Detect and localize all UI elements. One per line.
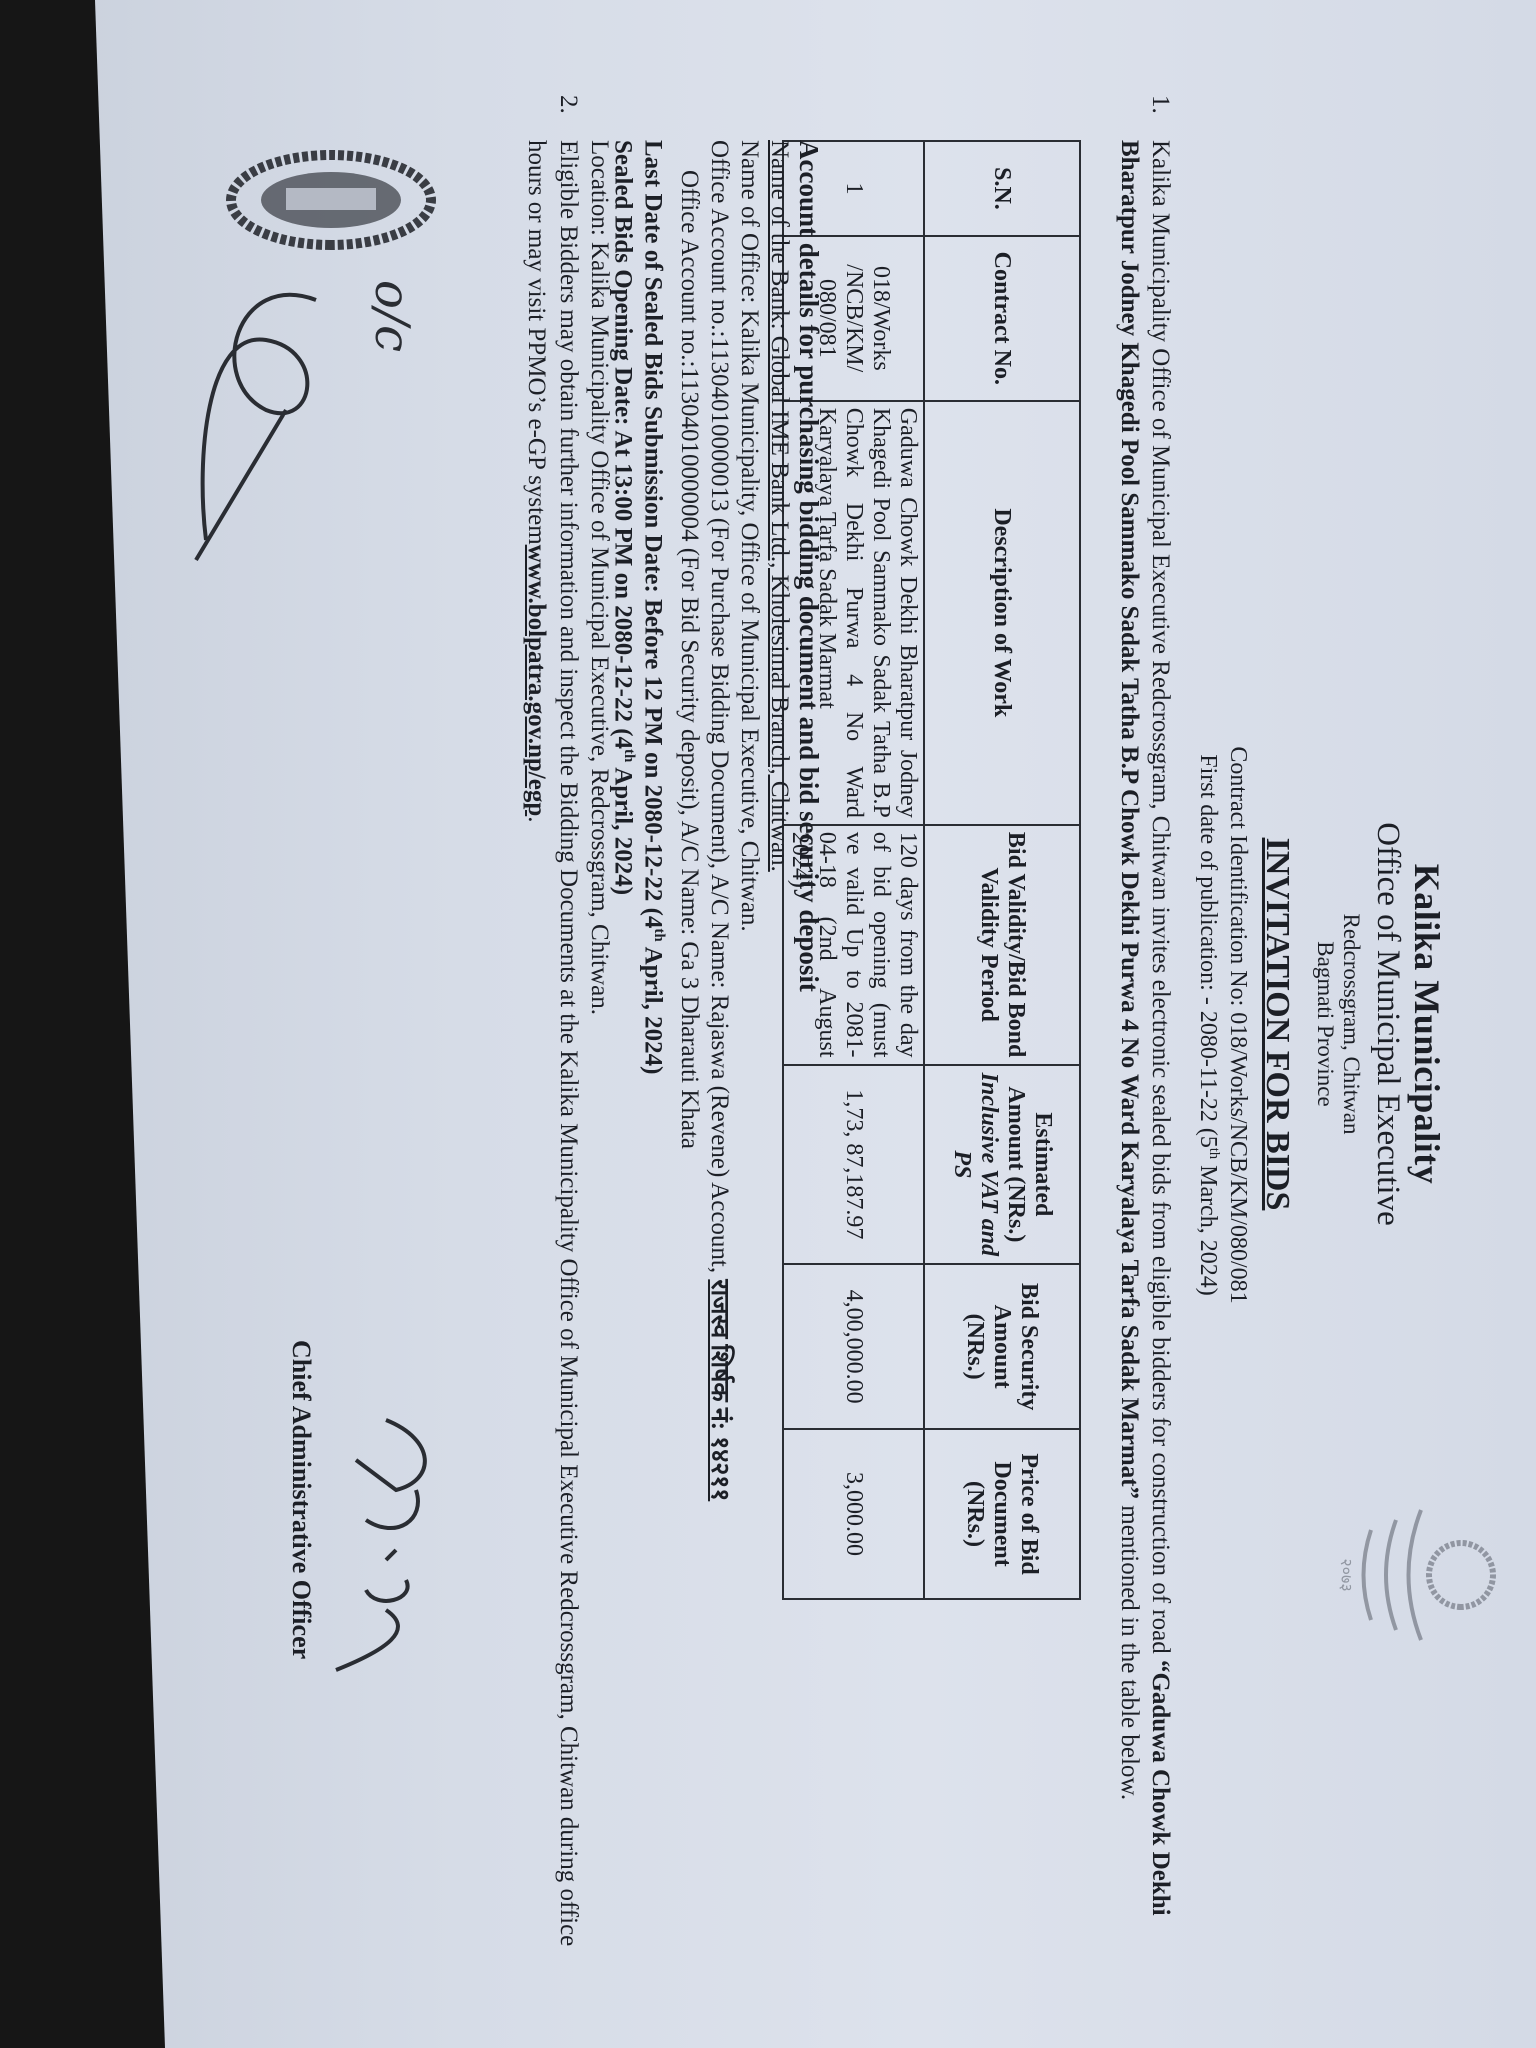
nepal-emblem-icon — [216, 150, 446, 250]
contract-identification: Contract Identification No: 018/Works/NC… — [1224, 140, 1251, 1910]
col-estimated-amount: Estimated Amount (NRs.)Inclusive VAT and… — [924, 1065, 1080, 1265]
col-description: Description of Work — [924, 401, 1080, 825]
account-details-title: Account details for purchasing bidding d… — [794, 140, 824, 1940]
paragraph-2: 2. Eligible Bidders may obtain further i… — [520, 140, 584, 2000]
document-title: INVITATION FOR BIDS — [1258, 0, 1296, 2048]
signatory-title: Chief Administrative Officer — [286, 1340, 316, 1659]
bid-table: S.N. Contract No. Description of Work Bi… — [782, 140, 1081, 1600]
table-header-row: S.N. Contract No. Description of Work Bi… — [924, 141, 1080, 1599]
office-name-line: Name of Office: Kalika Municipality, Off… — [734, 140, 764, 1940]
address-line-2: Bagmati Province — [1312, 0, 1338, 2048]
col-document-price: Price of Bid Document (NRs.) — [924, 1429, 1080, 1599]
col-bid-security: Bid Security Amount (NRs.) — [924, 1264, 1080, 1429]
publication-date: First date of publication: - 2080-11-22 … — [1194, 140, 1222, 1910]
egp-link[interactable]: www.bolpatra.gov.np/egp — [523, 545, 550, 817]
office-name: Office of Municipal Executive — [1369, 0, 1406, 2048]
handwritten-signature-left: o/c — [176, 260, 436, 580]
org-name: Kalika Municipality — [1406, 0, 1448, 2048]
list-number-2: 2. — [552, 95, 584, 114]
revenue-head-number: राजस्व शिर्षक नं: १४२११ — [706, 1279, 733, 1501]
bank-name: Name of the Bank: Global IME Bank Ltd., … — [764, 140, 794, 1940]
bid-notice-document: २०७३ Kalika Municipality Office of Munic… — [0, 0, 1536, 2048]
svg-text:o/c: o/c — [364, 280, 420, 352]
location: Location: Kalika Municipality Office of … — [584, 140, 614, 1940]
address-line-1: Redcrossgram, Chitwan — [1338, 0, 1364, 2048]
col-contract-no: Contract No. — [924, 236, 1080, 401]
list-number-1: 1. — [1145, 95, 1176, 114]
col-validity: Bid Validity/Bid Bond Validity Period — [924, 825, 1080, 1065]
account-bid-security: Office Account no.:11304010000004 (For B… — [674, 170, 704, 1970]
paragraph-1: 1. Kalika Municipality Office of Municip… — [1114, 140, 1176, 1970]
handwritten-signature-right — [326, 1400, 476, 1680]
account-purchase-document: Office Account no.:11304010000013 (For P… — [704, 140, 734, 1940]
col-sn: S.N. — [924, 141, 1080, 236]
